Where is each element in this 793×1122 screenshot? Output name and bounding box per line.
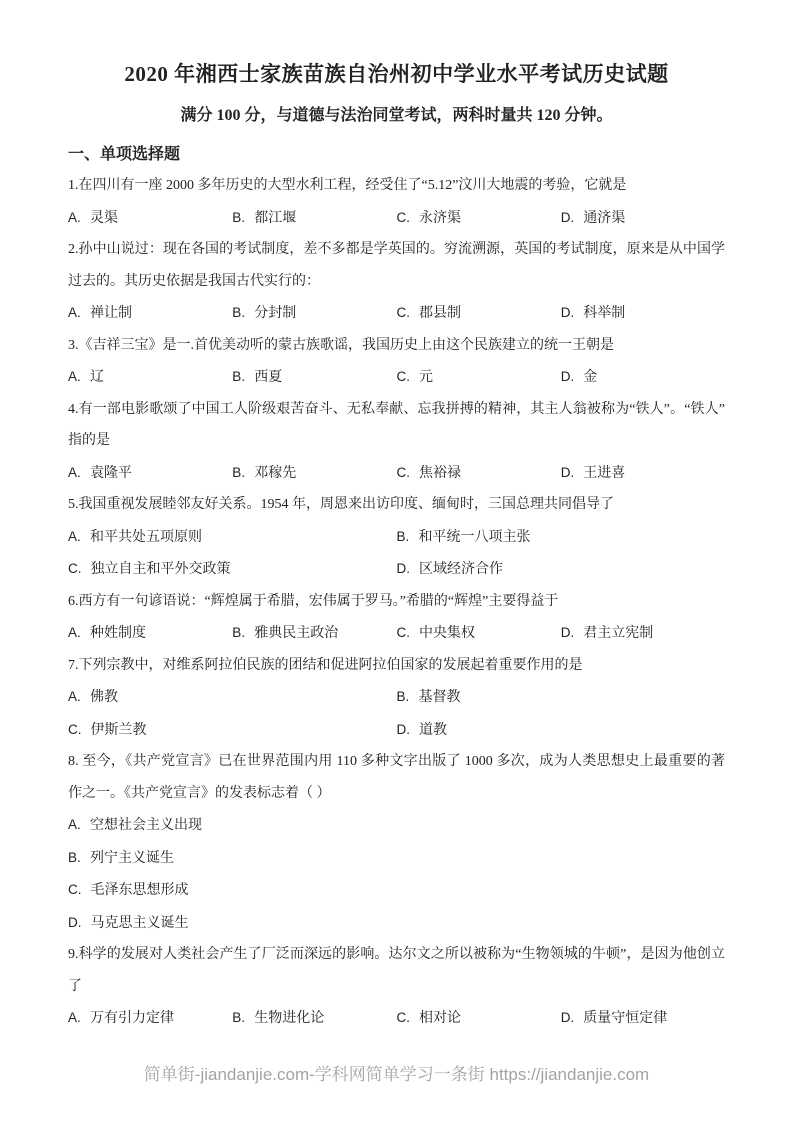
option-letter: A. (68, 521, 81, 553)
answer-option: A.种姓制度 (68, 617, 232, 650)
option-letter: C. (397, 361, 411, 393)
answer-option: D.王进喜 (561, 457, 725, 490)
option-text: 空想社会主义出现 (90, 818, 202, 833)
option-group: A.袁隆平 B.邓稼先 C.焦裕禄 D.王进喜 (68, 457, 725, 490)
option-letter: A. (68, 617, 81, 649)
page-title: 2020 年湘西士家族苗族自治州初中学业水平考试历史试题 (68, 60, 725, 88)
option-letter: B. (232, 617, 245, 649)
question-text: 1.在四川有一座 2000 多年历史的大型水利工程，经受住了“5.12”汶川大地… (68, 170, 725, 202)
answer-option: D.马克思主义诞生 (68, 907, 725, 940)
answer-option: A.禅让制 (68, 297, 232, 330)
watermark-footer: 简单街-jiandanjie.com-学科网简单学习一条街 https://ji… (0, 1063, 793, 1087)
option-letter: C. (397, 617, 411, 649)
option-letter: B. (68, 842, 81, 874)
option-text: 种姓制度 (90, 626, 146, 641)
question: 1.在四川有一座 2000 多年历史的大型水利工程，经受住了“5.12”汶川大地… (68, 170, 725, 234)
option-text: 区域经济合作 (419, 562, 503, 577)
answer-option: A.辽 (68, 361, 232, 394)
option-text: 邓稼先 (254, 466, 296, 481)
option-text: 分封制 (254, 306, 296, 321)
option-letter: C. (397, 202, 411, 234)
answer-option: B.生物进化论 (232, 1002, 396, 1035)
question-list: 1.在四川有一座 2000 多年历史的大型水利工程，经受住了“5.12”汶川大地… (68, 170, 725, 1035)
answer-option: A.和平共处五项原则 (68, 521, 397, 554)
option-text: 和平共处五项原则 (90, 530, 202, 545)
option-letter: C. (397, 1002, 411, 1034)
answer-option: D.君主立宪制 (561, 617, 725, 650)
exam-info-subtitle: 满分 100 分，与道德与法治同堂考试，两科时量共 120 分钟。 (68, 104, 725, 128)
option-group: A.佛教 B.基督教 C.伊斯兰教 D.道教 (68, 681, 725, 746)
option-letter: B. (232, 202, 245, 234)
option-text: 道教 (419, 723, 447, 738)
answer-option: C.毛泽东思想形成 (68, 874, 725, 907)
question-text: 9.科学的发展对人类社会产生了厂泛而深远的影响。达尔文之所以被称为“生物领城的牛… (68, 939, 725, 1002)
option-text: 禅让制 (90, 306, 132, 321)
answer-option: D.通济渠 (561, 202, 725, 235)
option-letter: D. (68, 907, 82, 939)
option-text: 质量守恒定律 (583, 1011, 667, 1026)
option-text: 生物进化论 (254, 1011, 324, 1026)
question: 7.下列宗教中，对维系阿拉伯民族的团结和促进阿拉伯国家的发展起着重要作用的是 A… (68, 650, 725, 747)
option-letter: A. (68, 361, 81, 393)
answer-option: B.和平统一八项主张 (397, 521, 726, 554)
option-letter: C. (397, 297, 411, 329)
question-text: 7.下列宗教中，对维系阿拉伯民族的团结和促进阿拉伯国家的发展起着重要作用的是 (68, 650, 725, 682)
answer-option: B.西夏 (232, 361, 396, 394)
option-text: 辽 (90, 370, 104, 385)
answer-option: B.雅典民主政治 (232, 617, 396, 650)
option-group: A.禅让制 B.分封制 C.郡县制 D.科举制 (68, 297, 725, 330)
option-letter: B. (232, 457, 245, 489)
answer-option: A.佛教 (68, 681, 397, 714)
answer-option: A.袁隆平 (68, 457, 232, 490)
option-letter: A. (68, 809, 81, 841)
question-text: 3.《吉祥三宝》是一.首优美动听的蒙古族歌谣，我国历史上由这个民族建立的统一王朝… (68, 330, 725, 362)
option-letter: D. (561, 297, 575, 329)
option-letter: B. (397, 681, 410, 713)
question: 6.西方有一句谚语说：“辉煌属于希腊，宏伟属于罗马。”希腊的“辉煌”主要得益于 … (68, 586, 725, 650)
question-text: 2.孙中山说过：现在各国的考试制度，差不多都是学英国的。穷流溯源，英国的考试制度… (68, 234, 725, 297)
answer-option: B.邓稼先 (232, 457, 396, 490)
answer-option: A.灵渠 (68, 202, 232, 235)
answer-option: D.区域经济合作 (397, 553, 726, 586)
section-heading: 一、单项选择题 (68, 142, 725, 167)
question: 2.孙中山说过：现在各国的考试制度，差不多都是学英国的。穷流溯源，英国的考试制度… (68, 234, 725, 330)
option-text: 焦裕禄 (419, 466, 461, 481)
option-letter: C. (68, 714, 82, 746)
question: 9.科学的发展对人类社会产生了厂泛而深远的影响。达尔文之所以被称为“生物领城的牛… (68, 939, 725, 1035)
answer-option: D.金 (561, 361, 725, 394)
option-text: 都江堰 (254, 211, 296, 226)
option-group: A.灵渠 B.都江堰 C.永济渠 D.通济渠 (68, 202, 725, 235)
answer-option: C.相对论 (397, 1002, 561, 1035)
question: 5.我国重视发展睦邻友好关系。1954 年，周恩来出访印度、缅甸时，三国总理共同… (68, 489, 725, 586)
option-text: 王进喜 (583, 466, 625, 481)
option-letter: D. (561, 361, 575, 393)
option-letter: B. (232, 1002, 245, 1034)
option-group: A.和平共处五项原则 B.和平统一八项主张 C.独立自主和平外交政策 D.区域经… (68, 521, 725, 586)
option-text: 灵渠 (90, 211, 118, 226)
option-text: 和平统一八项主张 (419, 530, 531, 545)
option-letter: A. (68, 202, 81, 234)
answer-option: B.都江堰 (232, 202, 396, 235)
option-letter: B. (232, 297, 245, 329)
option-letter: A. (68, 457, 81, 489)
option-letter: B. (397, 521, 410, 553)
answer-option: C.永济渠 (397, 202, 561, 235)
option-letter: C. (68, 553, 82, 585)
answer-option: D.道教 (397, 714, 726, 747)
option-text: 君主立宪制 (583, 626, 653, 641)
question-text: 4.有一部电影歌颂了中国工人阶级艰苦奋斗、无私奉献、忘我拼搏的精神，其主人翁被称… (68, 394, 725, 457)
answer-option: D.质量守恒定律 (561, 1002, 725, 1035)
question: 8. 至今，《共产党宣言》已在世界范围内用 110 多种文字出版了 1000 多… (68, 746, 725, 939)
option-group: A.辽 B.西夏 C.元 D.金 (68, 361, 725, 394)
option-text: 万有引力定律 (90, 1011, 174, 1026)
answer-option: D.科举制 (561, 297, 725, 330)
option-letter: A. (68, 1002, 81, 1034)
option-text: 科举制 (583, 306, 625, 321)
option-text: 金 (583, 370, 597, 385)
answer-option: C.独立自主和平外交政策 (68, 553, 397, 586)
option-group: A.万有引力定律 B.生物进化论 C.相对论 D.质量守恒定律 (68, 1002, 725, 1035)
answer-option: C.元 (397, 361, 561, 394)
option-text: 马克思主义诞生 (91, 916, 189, 931)
option-text: 中央集权 (419, 626, 475, 641)
option-text: 佛教 (90, 690, 118, 705)
answer-option: C.中央集权 (397, 617, 561, 650)
answer-option: A.空想社会主义出现 (68, 809, 725, 842)
answer-option: B.基督教 (397, 681, 726, 714)
option-text: 郡县制 (419, 306, 461, 321)
option-letter: D. (561, 457, 575, 489)
option-letter: D. (397, 553, 411, 585)
option-text: 元 (419, 370, 433, 385)
option-text: 独立自主和平外交政策 (91, 562, 231, 577)
option-letter: A. (68, 297, 81, 329)
option-letter: C. (68, 874, 82, 906)
option-text: 基督教 (419, 690, 461, 705)
answer-option: C.郡县制 (397, 297, 561, 330)
answer-option: B.列宁主义诞生 (68, 842, 725, 875)
option-group: A.种姓制度 B.雅典民主政治 C.中央集权 D.君主立宪制 (68, 617, 725, 650)
option-letter: C. (397, 457, 411, 489)
answer-option: B.分封制 (232, 297, 396, 330)
question-text: 5.我国重视发展睦邻友好关系。1954 年，周恩来出访印度、缅甸时，三国总理共同… (68, 489, 725, 521)
option-text: 伊斯兰教 (91, 723, 147, 738)
question: 4.有一部电影歌颂了中国工人阶级艰苦奋斗、无私奉献、忘我拼搏的精神，其主人翁被称… (68, 394, 725, 490)
option-letter: D. (561, 1002, 575, 1034)
option-letter: A. (68, 681, 81, 713)
option-letter: D. (561, 202, 575, 234)
question: 3.《吉祥三宝》是一.首优美动听的蒙古族歌谣，我国历史上由这个民族建立的统一王朝… (68, 330, 725, 394)
option-group: A.空想社会主义出现 B.列宁主义诞生 C.毛泽东思想形成 D.马克思主义诞生 (68, 809, 725, 939)
option-text: 雅典民主政治 (254, 626, 338, 641)
option-text: 毛泽东思想形成 (91, 883, 189, 898)
option-text: 永济渠 (419, 211, 461, 226)
exam-paper-page: 2020 年湘西士家族苗族自治州初中学业水平考试历史试题 满分 100 分，与道… (0, 0, 793, 1122)
option-text: 列宁主义诞生 (90, 851, 174, 866)
option-text: 通济渠 (583, 211, 625, 226)
answer-option: C.伊斯兰教 (68, 714, 397, 747)
answer-option: A.万有引力定律 (68, 1002, 232, 1035)
option-letter: D. (397, 714, 411, 746)
answer-option: C.焦裕禄 (397, 457, 561, 490)
option-text: 相对论 (419, 1011, 461, 1026)
question-text: 6.西方有一句谚语说：“辉煌属于希腊，宏伟属于罗马。”希腊的“辉煌”主要得益于 (68, 586, 725, 618)
option-letter: B. (232, 361, 245, 393)
option-letter: D. (561, 617, 575, 649)
option-text: 袁隆平 (90, 466, 132, 481)
option-text: 西夏 (254, 370, 282, 385)
question-text: 8. 至今，《共产党宣言》已在世界范围内用 110 多种文字出版了 1000 多… (68, 746, 725, 809)
